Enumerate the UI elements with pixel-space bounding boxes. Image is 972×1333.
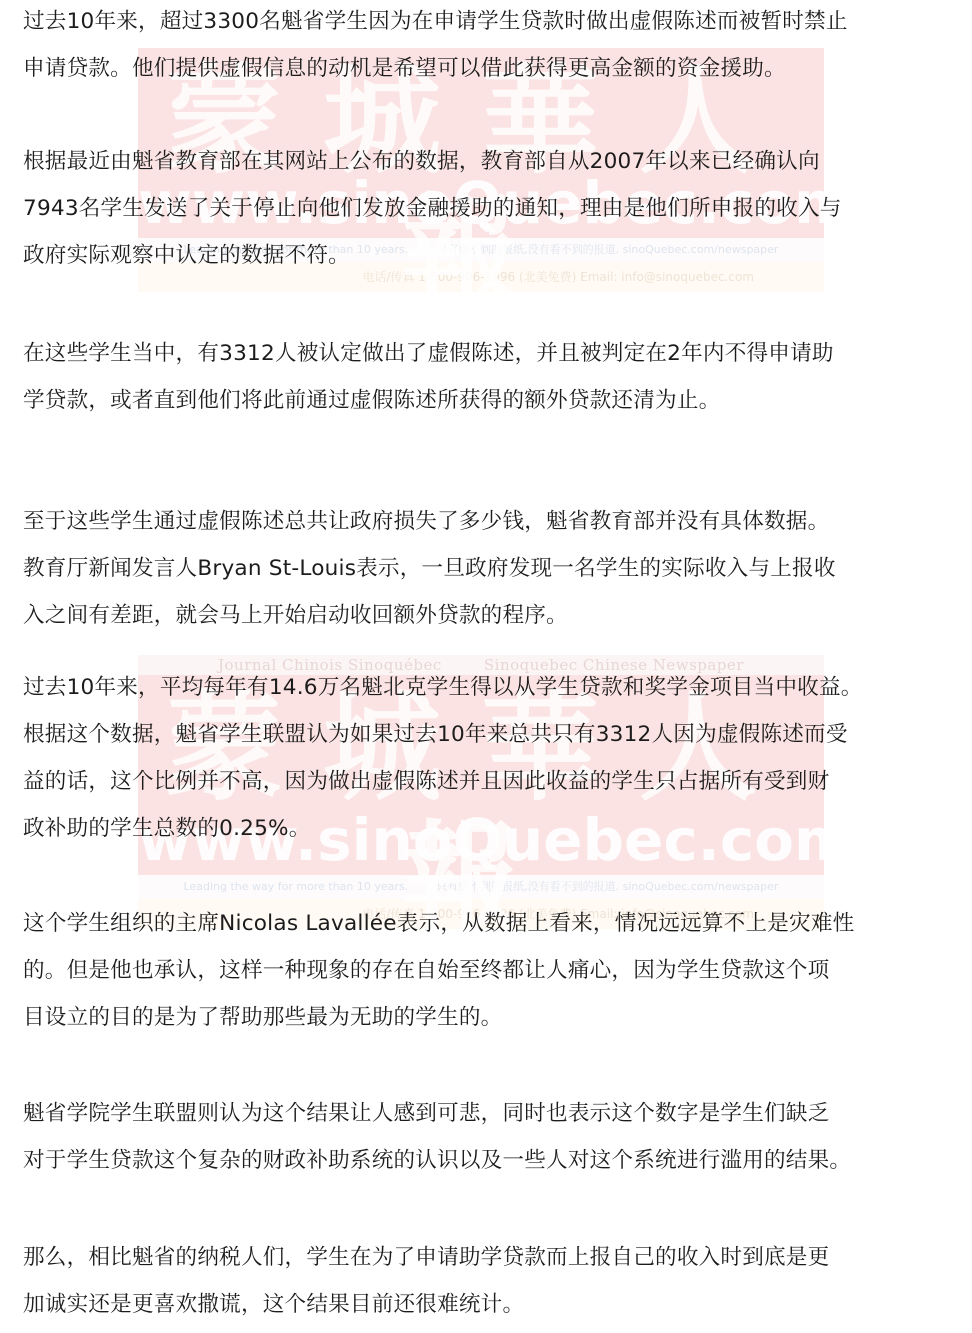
text-line: 教育厅新闻发言人Bryan St-Louis表示，一旦政府发现一名学生的实际收入…	[23, 545, 963, 592]
paragraph-8: 那么，相比魁省的纳税人们，学生在为了申请助学贷款而上报自己的收入时到底是更 加诚…	[23, 1234, 963, 1328]
text-line: 申请贷款。他们提供虚假信息的动机是希望可以借此获得更高金额的资金援助。	[23, 45, 963, 92]
paragraph-3: 在这些学生当中，有3312人被认定做出了虚假陈述，并且被判定在2年内不得申请助 …	[23, 330, 963, 424]
text-line: 学贷款，或者直到他们将此前通过虚假陈述所获得的额外贷款还清为止。	[23, 377, 963, 424]
text-line: 那么，相比魁省的纳税人们，学生在为了申请助学贷款而上报自己的收入时到底是更	[23, 1234, 963, 1281]
paragraph-4: 至于这些学生通过虚假陈述总共让政府损失了多少钱，魁省教育部并没有具体数据。 教育…	[23, 498, 963, 639]
text-line: 过去10年来，平均每年有14.6万名魁北克学生得以从学生贷款和奖学金项目当中收益…	[23, 664, 963, 711]
text-line: 的。但是他也承认，这样一种现象的存在自始至终都让人痛心，因为学生贷款这个项	[23, 947, 963, 994]
paragraph-2: 根据最近由魁省教育部在其网站上公布的数据，教育部自从2007年以来已经确认向 7…	[23, 138, 963, 279]
text-line: 政补助的学生总数的0.25%。	[23, 805, 963, 852]
paragraph-1: 过去10年来，超过3300名魁省学生因为在申请学生贷款时做出虚假陈述而被暂时禁止…	[23, 0, 963, 92]
paragraph-5: 过去10年来，平均每年有14.6万名魁北克学生得以从学生贷款和奖学金项目当中收益…	[23, 664, 963, 852]
paragraph-6: 这个学生组织的主席Nicolas Lavallée表示，从数据上看来，情况远远算…	[23, 900, 963, 1041]
text-line: 至于这些学生通过虚假陈述总共让政府损失了多少钱，魁省教育部并没有具体数据。	[23, 498, 963, 545]
text-line: 这个学生组织的主席Nicolas Lavallée表示，从数据上看来，情况远远算…	[23, 900, 963, 947]
text-line: 7943名学生发送了关于停止向他们发放金融援助的通知，理由是他们所申报的收入与	[23, 185, 963, 232]
text-line: 过去10年来，超过3300名魁省学生因为在申请学生贷款时做出虚假陈述而被暂时禁止	[23, 0, 963, 45]
text-line: 对于学生贷款这个复杂的财政补助系统的认识以及一些人对这个系统进行滥用的结果。	[23, 1137, 963, 1184]
text-line: 益的话，这个比例并不高，因为做出虚假陈述并且因此收益的学生只占据所有受到财	[23, 758, 963, 805]
paragraph-7: 魁省学院学生联盟则认为这个结果让人感到可悲，同时也表示这个数字是学生们缺乏 对于…	[23, 1090, 963, 1184]
text-line: 根据最近由魁省教育部在其网站上公布的数据，教育部自从2007年以来已经确认向	[23, 138, 963, 185]
text-line: 政府实际观察中认定的数据不符。	[23, 232, 963, 279]
text-line: 目设立的目的是为了帮助那些最为无助的学生的。	[23, 994, 963, 1041]
watermark-tagline: Leading the way for more than 10 years. …	[138, 875, 824, 899]
text-line: 在这些学生当中，有3312人被认定做出了虚假陈述，并且被判定在2年内不得申请助	[23, 330, 963, 377]
text-line: 根据这个数据，魁省学生联盟认为如果过去10年来总共只有3312人因为虚假陈述而受	[23, 711, 963, 758]
text-line: 魁省学院学生联盟则认为这个结果让人感到可悲，同时也表示这个数字是学生们缺乏	[23, 1090, 963, 1137]
text-line: 加诚实还是更喜欢撒谎，这个结果目前还很难统计。	[23, 1281, 963, 1328]
text-line: 入之间有差距，就会马上开始启动收回额外贷款的程序。	[23, 592, 963, 639]
